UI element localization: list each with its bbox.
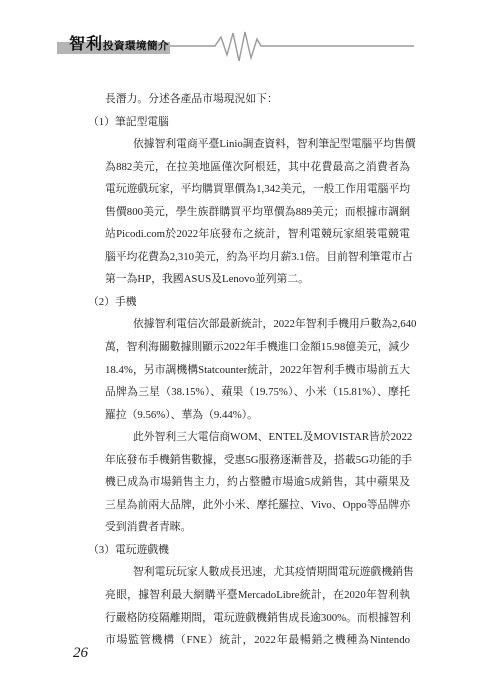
document-body: 長潛力。分述各產品市場現況如下：（1）筆記型電腦依據智利電商平臺Linio調查資… bbox=[88, 88, 410, 652]
text-lines: 長潛力。分述各產品市場現況如下：（1）筆記型電腦依據智利電商平臺Linio調查資… bbox=[88, 88, 410, 652]
text-line: 此外智利三大電信商WOM、ENTEL及MOVISTAR皆於2022 bbox=[133, 426, 410, 449]
text-line: 第一為HP，我國ASUS及Lenovo並列第二。 bbox=[105, 268, 410, 291]
text-line: 依據智利電信次部最新統計，2022年智利手機用戶數為2,640 bbox=[133, 313, 410, 336]
text-line: 行嚴格防疫隔離期間，電玩遊戲機銷售成長逾300%。而根據智利 bbox=[105, 607, 410, 630]
text-line: 品牌為三星（38.15%）、蘋果（19.75%）、小米（15.81%）、摩托 bbox=[105, 381, 410, 404]
text-line: 18.4%，另市調機構Statcounter統計，2022年智利手機市場前五大 bbox=[105, 359, 410, 382]
text-line: 為882美元，在拉美地區僅次阿根廷，其中花費最高之消費者為 bbox=[105, 156, 410, 179]
text-line: 站Picodi.com於2022年底發布之統計，智利電競玩家組裝電競電 bbox=[105, 223, 410, 246]
text-line: 市場監管機構（FNE）統計，2022年最暢銷之機種為Nintendo bbox=[105, 629, 410, 652]
text-line: （3）電玩遊戲機 bbox=[88, 539, 410, 562]
text-line: （1）筆記型電腦 bbox=[88, 111, 410, 134]
text-line: 智利電玩玩家人數成長迅速，尤其疫情期間電玩遊戲機銷售 bbox=[133, 561, 410, 584]
text-line: 電玩遊戲玩家，平均購買單價為1,342美元，一般工作用電腦平均 bbox=[105, 178, 410, 201]
text-line: 長潛力。分述各產品市場現況如下： bbox=[105, 88, 410, 111]
page-number: 26 bbox=[73, 645, 88, 662]
text-line: 亮眼，據智利最大網購平臺MercadoLibre統計，在2020年智利執 bbox=[105, 584, 410, 607]
chapter-title-sub: 投資環境簡介 bbox=[103, 40, 169, 52]
text-line: 依據智利電商平臺Linio調查資料，智利筆記型電腦平均售價 bbox=[133, 133, 410, 156]
chapter-title-main: 智利 bbox=[69, 36, 103, 53]
text-line: 腦平均花費為2,310美元，約為平均月薪3.1倍。目前智利筆電市占 bbox=[105, 246, 410, 269]
text-line: 年底發布手機銷售數據，受惠5G服務逐漸普及，搭載5G功能的手 bbox=[105, 449, 410, 472]
chapter-title: 智利投資環境簡介 bbox=[69, 36, 169, 55]
text-line: 機已成為市場銷售主力，約占整體市場逾5成銷售，其中蘋果及 bbox=[105, 471, 410, 494]
document-page: 智利投資環境簡介 長潛力。分述各產品市場現況如下：（1）筆記型電腦依據智利電商平… bbox=[0, 0, 480, 679]
text-line: 三星為前兩大品牌，此外小米、摩托羅拉、Vivo、Oppo等品牌亦 bbox=[105, 494, 410, 517]
text-line: 售價800美元，學生族群購買平均單價為889美元；而根據市調網 bbox=[105, 201, 410, 224]
header-zigzag-rule-icon bbox=[170, 28, 414, 66]
text-line: 羅拉（9.56%）、華為（9.44%）。 bbox=[105, 404, 410, 427]
text-line: 受到消費者青睞。 bbox=[105, 516, 410, 539]
text-line: （2）手機 bbox=[88, 291, 410, 314]
text-line: 萬，智利海關數據則顯示2022年手機進口金額15.98億美元，減少 bbox=[105, 336, 410, 359]
